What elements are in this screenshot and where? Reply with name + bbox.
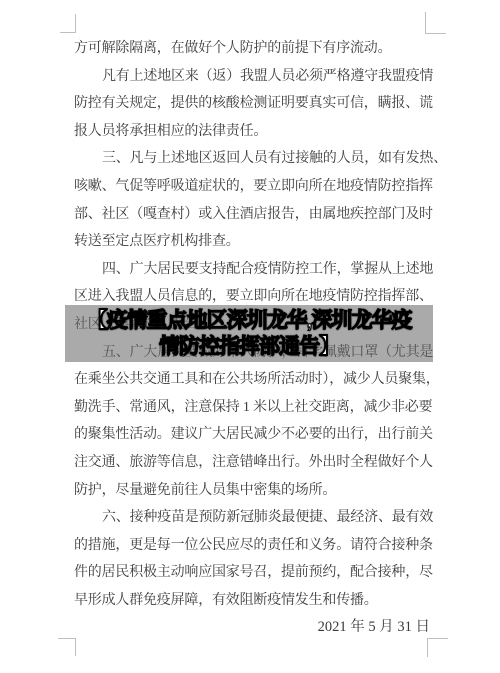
body-line: 六、接种疫苗是预防新冠肺炎最便捷、最经济、最有效	[74, 504, 430, 532]
caption-title-line2: 情防控指挥部通告】	[159, 335, 339, 358]
text-boundary-mark-top-right	[425, 12, 446, 34]
body-line: 三、凡与上述地区返回人员有过接触的人员，如有发热、	[74, 145, 430, 173]
body-line: 防控有关规定，提供的核酸检测证明要真实可信，瞒报、谎	[74, 90, 430, 118]
body-line: 咳嗽、气促等呼吸道症状的，要立即向所在地疫情防控指挥	[74, 173, 430, 201]
body-line: 凡有上述地区来（返）我盟人员必须严格遵守我盟疫情	[74, 63, 430, 91]
body-line: 方可解除隔离，在做好个人防护的前提下有序流动。	[74, 35, 430, 63]
caption-title: 【疫情重点地区深圳龙华,深圳龙华疫 情防控指挥部通告】	[87, 308, 412, 360]
text-boundary-mark-top-left	[60, 14, 76, 33]
body-line: 件的居民积极主动响应国家号召，提前预约，配合接种，尽	[74, 559, 430, 587]
caption-overlay-band: 【疫情重点地区深圳龙华,深圳龙华疫 情防控指挥部通告】	[65, 305, 433, 362]
body-line: 防护，尽量避免前往人员集中密集的场所。	[74, 477, 430, 505]
body-line: 四、广大居民要支持配合疫情防控工作，掌握从上述地	[74, 256, 430, 284]
date-line: 2021 年 5 月 31 日	[74, 614, 430, 642]
body-line: 在乘坐公共交通工具和在公共场所活动时），减少人员聚集，	[74, 366, 430, 394]
body-line: 的聚集性活动。建议广大居民减少不必要的出行，出行前关	[74, 421, 430, 449]
body-line: 报人员将承担相应的法律责任。	[74, 118, 430, 146]
body-line: 转送至定点医疗机构排查。	[74, 228, 430, 256]
text-boundary-mark-bottom-right	[427, 638, 448, 657]
body-line: 早形成人群免疫屏障，有效阻断疫情发生和传播。	[74, 587, 430, 615]
body-line: 部、社区（嘎查村）或入住酒店报告，由属地疾控部门及时	[74, 201, 430, 229]
body-line: 勤洗手、常通风，注意保持 1 米以上社交距离，减少非必要	[74, 394, 430, 422]
body-line: 的措施，更是每一位公民应尽的责任和义务。请符合接种条	[74, 532, 430, 560]
body-line: 注交通、旅游等信息，注意错峰出行。外出时全程做好个人	[74, 449, 430, 477]
document-page: 方可解除隔离，在做好个人防护的前提下有序流动。 凡有上述地区来（返）我盟人员必须…	[0, 0, 500, 673]
caption-title-line1: 【疫情重点地区深圳龙华,深圳龙华疫	[87, 309, 412, 332]
